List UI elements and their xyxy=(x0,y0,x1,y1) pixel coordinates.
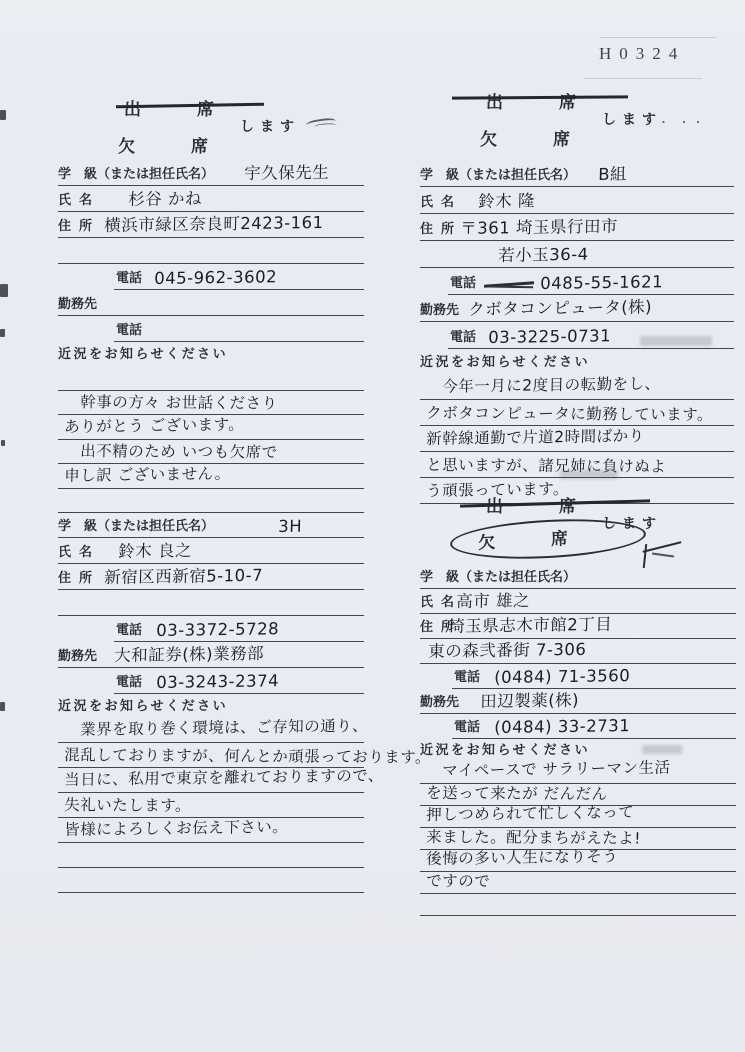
workplace-field-label: 勤務先 xyxy=(420,691,459,710)
workplace-field-value: 田辺製薬(株) xyxy=(480,687,579,712)
workplace-field: 勤務先田辺製薬(株) xyxy=(420,689,736,714)
message-line: ですので xyxy=(420,872,736,894)
news-prompt: 近況をお知らせください xyxy=(58,342,364,366)
news-prompt-label: 近況をお知らせください xyxy=(58,343,228,362)
message-line-text: 皆様によろしくお伝え下さい。 xyxy=(64,815,288,840)
workplace-field: 勤務先 xyxy=(58,290,364,316)
class-field-label: 学 級（または担任氏名） xyxy=(58,515,214,534)
scanned-reply-postcards-page: H0324 出席します欠席学 級（または担任氏名）宇久保先生氏名杉谷 かね住所横… xyxy=(0,0,745,1052)
phone-field-label: 電話 xyxy=(116,267,142,286)
address-field-label: 住所 xyxy=(420,218,462,237)
name-field-label: 氏名 xyxy=(420,191,462,210)
workplace-phone-field-label: 電話 xyxy=(116,671,142,690)
message-line-text: 申し訳 ございません。 xyxy=(64,461,231,485)
scan-speck xyxy=(0,284,8,297)
class-field: 学 級（または担任氏名）3H xyxy=(58,512,364,538)
news-prompt: 近況をお知らせください xyxy=(420,349,734,374)
absent-option-label: 欠席 xyxy=(478,526,625,554)
name-field-value: 鈴木 隆 xyxy=(478,187,535,212)
class-field-label: 学 級（または担任氏名） xyxy=(58,163,214,182)
absent-option: 欠席 xyxy=(480,125,626,150)
name-field: 氏名鈴木 隆 xyxy=(420,187,734,214)
workplace-phone-field-value: 03-3225-0731 xyxy=(488,326,611,347)
message-line-text: 業界を取り巻く環境は、ご存知の通り、 xyxy=(64,714,368,740)
reply-form-top-right: 出席します欠席・ ・・学 級（または担任氏名）B組氏名鈴木 隆住所〒361 埼玉… xyxy=(420,88,734,504)
message-line xyxy=(58,843,364,868)
phone-field-label: 電話 xyxy=(450,272,476,291)
phone-field-value: 03-3372-5728 xyxy=(156,619,279,640)
workplace-phone-field-label: 電話 xyxy=(454,716,480,735)
name-field-value: 鈴木 良之 xyxy=(118,537,192,562)
address-field-line2: 東の森弐番街 7-306 xyxy=(420,639,736,664)
workplace-phone-field: 電話(0484) 33-2731 xyxy=(452,714,736,739)
message-line-text: ですので xyxy=(426,869,491,891)
workplace-phone-field: 電話 xyxy=(114,316,364,342)
phone-field-value: 0485-55-1621 xyxy=(540,272,663,293)
workplace-phone-field: 電話03-3225-0731 xyxy=(448,322,734,349)
message-line: クボタコンピュータに勤務しています。 xyxy=(420,400,734,426)
attendance-header: 出席します欠席 xyxy=(58,95,364,160)
class-field: 学 級（または担任氏名） xyxy=(420,564,736,589)
phone-field-value: 045-962-3602 xyxy=(154,267,277,288)
class-field-label: 学 級（または担任氏名） xyxy=(420,164,576,183)
workplace-field-label: 勤務先 xyxy=(420,299,459,318)
message-line-text: ありがとう ございます。 xyxy=(64,412,245,437)
address-field-line2-value: 東の森弐番街 7-306 xyxy=(428,636,587,662)
class-field-value: 宇久保先生 xyxy=(244,159,329,184)
message-line: 新幹線通勤で片道2時間ばかり xyxy=(420,426,734,452)
phone-field-value: (0484) 71-3560 xyxy=(494,666,630,687)
address-field-value: 新宿区西新宿5-10-7 xyxy=(104,562,263,588)
address-field-label: 住所 xyxy=(58,567,100,586)
scan-artifact-line xyxy=(600,37,716,38)
pen-scribble xyxy=(638,542,684,568)
message-line-text: クボタコンピュータに勤務しています。 xyxy=(426,401,713,425)
name-field-label: 氏名 xyxy=(58,189,100,208)
message-lines: マイペースで サラリーマン生活を送って来たが だんだん押しつめられて忙しくなって… xyxy=(420,762,736,916)
pen-dots: ・ ・・ xyxy=(658,114,707,130)
attendance-header: 出席します欠席 xyxy=(420,492,736,564)
pen-scribble xyxy=(306,117,337,130)
message-line xyxy=(58,366,364,391)
workplace-field: 勤務先大和証券(株)業務部 xyxy=(58,642,364,668)
workplace-phone-field-value: (0484) 33-2731 xyxy=(494,716,630,737)
absent-option-label: 欠席 xyxy=(118,137,264,157)
message-line: と思いますが、諸兄姉に負けぬよ xyxy=(420,452,734,478)
message-line: 失礼いたします。 xyxy=(58,793,364,818)
message-line xyxy=(58,868,364,893)
message-line: ありがとう ございます。 xyxy=(58,415,364,440)
workplace-phone-field-label: 電話 xyxy=(116,319,142,338)
address-field: 住所横浜市緑区奈良町2423-161 xyxy=(58,212,364,238)
workplace-field-label: 勤務先 xyxy=(58,293,97,312)
message-line: 当日に、私用で東京を離れておりますので、 xyxy=(58,768,364,793)
name-field-value: 高市 雄之 xyxy=(456,587,530,612)
reply-form-bottom-left: 学 級（または担任氏名）3H氏名鈴木 良之住所新宿区西新宿5-10-7電話03-… xyxy=(58,512,364,893)
workplace-field-value: クボタコンピュータ(株) xyxy=(468,293,652,320)
address-field-value: 〒361 埼玉県行田市 xyxy=(460,213,618,239)
absent-option: 欠席 xyxy=(118,132,264,157)
news-prompt-label: 近況をお知らせください xyxy=(58,695,228,714)
absent-option-label: 欠席 xyxy=(480,130,626,150)
address-field-label: 住所 xyxy=(58,215,100,234)
message-lines: 業界を取り巻く環境は、ご存知の通り、混乱しておりますが、何んとか頑張っております… xyxy=(58,718,364,893)
name-field-label: 氏名 xyxy=(58,541,100,560)
message-line-text: 新幹線通勤で片道2時間ばかり xyxy=(426,424,645,449)
phone-field: 電話045-962-3602 xyxy=(114,264,364,290)
message-line: 業界を取り巻く環境は、ご存知の通り、 xyxy=(58,718,364,743)
message-line-text: 後悔の多い人生になりそう xyxy=(426,844,618,869)
class-field-value: B組 xyxy=(598,161,627,185)
absent-option-circled: 欠席 xyxy=(449,515,647,563)
message-line: 出不精のため いつも欠席で xyxy=(58,440,364,465)
workplace-phone-field: 電話03-3243-2374 xyxy=(114,668,364,694)
message-line xyxy=(58,489,364,514)
phone-field: 電話03-3372-5728 xyxy=(114,616,364,642)
news-prompt-label: 近況をお知らせください xyxy=(420,739,590,758)
message-line xyxy=(420,894,736,916)
reply-form-top-left: 出席します欠席学 級（または担任氏名）宇久保先生氏名杉谷 かね住所横浜市緑区奈良… xyxy=(58,95,364,513)
message-line-text: 当日に、私用で東京を離れておりますので、 xyxy=(64,764,384,790)
phone-field: 電話(0484) 71-3560 xyxy=(452,664,736,689)
scan-speck xyxy=(0,702,5,711)
scan-speck xyxy=(0,329,5,337)
message-line-text: 失礼いたします。 xyxy=(64,793,191,816)
pen-crossout-mark xyxy=(484,281,534,287)
address-field-line2: 若小玉36-4 xyxy=(420,241,734,268)
address-field-value: 横浜市緑区奈良町2423-161 xyxy=(104,209,324,236)
news-prompt-label: 近況をお知らせください xyxy=(420,351,590,370)
document-id-code: H0324 xyxy=(599,44,685,64)
scan-speck xyxy=(1,440,5,446)
scan-speck xyxy=(0,110,6,120)
phone-field: 電話0485-55-1621 xyxy=(448,268,734,295)
workplace-phone-field-label: 電話 xyxy=(450,326,476,345)
message-line-text: マイペースで サラリーマン生活 xyxy=(426,756,671,781)
workplace-field-value: 大和証券(株)業務部 xyxy=(114,640,264,666)
message-line-text: 幹事の方々 お世話くださり xyxy=(64,390,278,413)
message-line: 皆様によろしくお伝え下さい。 xyxy=(58,818,364,843)
message-lines: 幹事の方々 お世話くださりありがとう ございます。 出不精のため いつも欠席で申… xyxy=(58,366,364,513)
address-field-line2 xyxy=(58,238,364,264)
address-field: 住所新宿区西新宿5-10-7 xyxy=(58,564,364,590)
message-line-text: 押しつめられて忙しくなって xyxy=(426,800,634,825)
workplace-field-label: 勤務先 xyxy=(58,645,97,664)
workplace-field: 勤務先クボタコンピュータ(株) xyxy=(420,295,734,322)
scan-artifact-line xyxy=(584,78,702,79)
address-field-line2-value: 若小玉36-4 xyxy=(498,241,589,266)
address-field-value: 埼玉県志木市館2丁目 xyxy=(448,611,612,637)
phone-field-label: 電話 xyxy=(454,666,480,685)
message-line: 申し訳 ございません。 xyxy=(58,464,364,489)
name-field: 氏名鈴木 良之 xyxy=(58,538,364,564)
class-field: 学 級（または担任氏名）B組 xyxy=(420,160,734,187)
class-field-label: 学 級（または担任氏名） xyxy=(420,566,576,585)
reply-form-bottom-right: 出席します欠席学 級（または担任氏名）氏名高市 雄之住所埼玉県志木市館2丁目東の… xyxy=(420,492,736,916)
attendance-header: 出席します欠席・ ・・ xyxy=(420,88,734,160)
message-line: 幹事の方々 お世話くださり xyxy=(58,391,364,416)
workplace-phone-field-value: 03-3243-2374 xyxy=(156,671,279,692)
message-lines: 今年一月に2度目の転勤をし、クボタコンピュータに勤務しています。新幹線通勤で片道… xyxy=(420,374,734,504)
message-line-text: と思いますが、諸兄姉に負けぬよ xyxy=(426,453,667,477)
address-field-line2 xyxy=(58,590,364,616)
address-field: 住所〒361 埼玉県行田市 xyxy=(420,214,734,241)
message-line-text: 出不精のため いつも欠席で xyxy=(64,439,278,462)
name-field-value: 杉谷 かね xyxy=(128,185,202,210)
message-line-text: 今年一月に2度目の転勤をし、 xyxy=(426,372,661,397)
class-field: 学 級（または担任氏名）宇久保先生 xyxy=(58,160,364,186)
message-line: 今年一月に2度目の転勤をし、 xyxy=(420,374,734,400)
class-field-value: 3H xyxy=(278,517,302,536)
phone-field-label: 電話 xyxy=(116,619,142,638)
